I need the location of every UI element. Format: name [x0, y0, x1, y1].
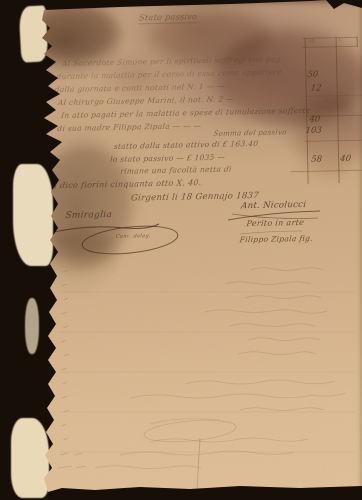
ledger-column-header: t. — [339, 38, 342, 43]
ledger-column-header: on. — [309, 39, 316, 44]
body-line: dalla giornata e conti notati nel N. 1 —… — [54, 82, 225, 95]
handwriting-layer: Stato passivo Al Sacerdote Simone per li… — [0, 0, 362, 500]
ledger-header-rule — [303, 46, 358, 48]
body-line: Al chirurgo Giuseppe Marini, il not. N. … — [57, 94, 234, 107]
body-line: rimane una facoltà netta di — [120, 164, 232, 175]
ledger-row-rule — [305, 140, 362, 142]
ledger-amount: 12 — [310, 84, 322, 94]
closing-line: Li dico fiorini cinquanta otto X. 40. — [48, 178, 202, 190]
page-title-text: Stato passivo — [139, 12, 198, 22]
signature-right-title: Perito in arte — [246, 218, 305, 228]
body-line: statto dalla stato attivo di £ 163.40 — [113, 139, 258, 151]
ledger-amount: 58 — [311, 155, 323, 165]
sum-label: Somma del passivo — [213, 128, 287, 138]
ledger-row-rule — [290, 170, 362, 173]
signature-witness: Filippo Zipala fig. — [239, 234, 313, 245]
body-line: durante la malattia per il corso di essa… — [56, 67, 282, 81]
body-line: lo stato passivo — £ 1035 — — [110, 153, 226, 164]
manuscript-page: Stato passivo Al Sacerdote Simone per li… — [0, 0, 362, 500]
signature-left-note: Canc. deleg. — [115, 233, 151, 240]
under-page-edge — [11, 418, 49, 498]
page-title: Stato passivo — [139, 12, 198, 24]
under-page-edge — [13, 164, 53, 266]
body-line: In atto pagati per la malattia e spese d… — [61, 106, 311, 120]
ledger-amount: 40 — [309, 115, 321, 125]
body-line: Al Sacerdote Simone per li spirituali su… — [62, 54, 285, 68]
under-page-edge — [25, 298, 39, 354]
signature-right: Ant. Nicolucci — [241, 200, 307, 211]
ledger-amount: 103 — [305, 126, 322, 136]
scanned-manuscript: Stato passivo Al Sacerdote Simone per li… — [0, 0, 362, 500]
ledger-amount: 50 — [307, 70, 319, 80]
dateline: Girgenti li 18 Gennajo 1837 — [130, 191, 259, 204]
ledger-amount: 40 — [340, 154, 352, 164]
ledger-row-rule — [306, 95, 362, 97]
body-line: di sua madre Filippa Zipala — — — — [57, 121, 202, 133]
signature-left: Smiraglia — [65, 210, 113, 221]
